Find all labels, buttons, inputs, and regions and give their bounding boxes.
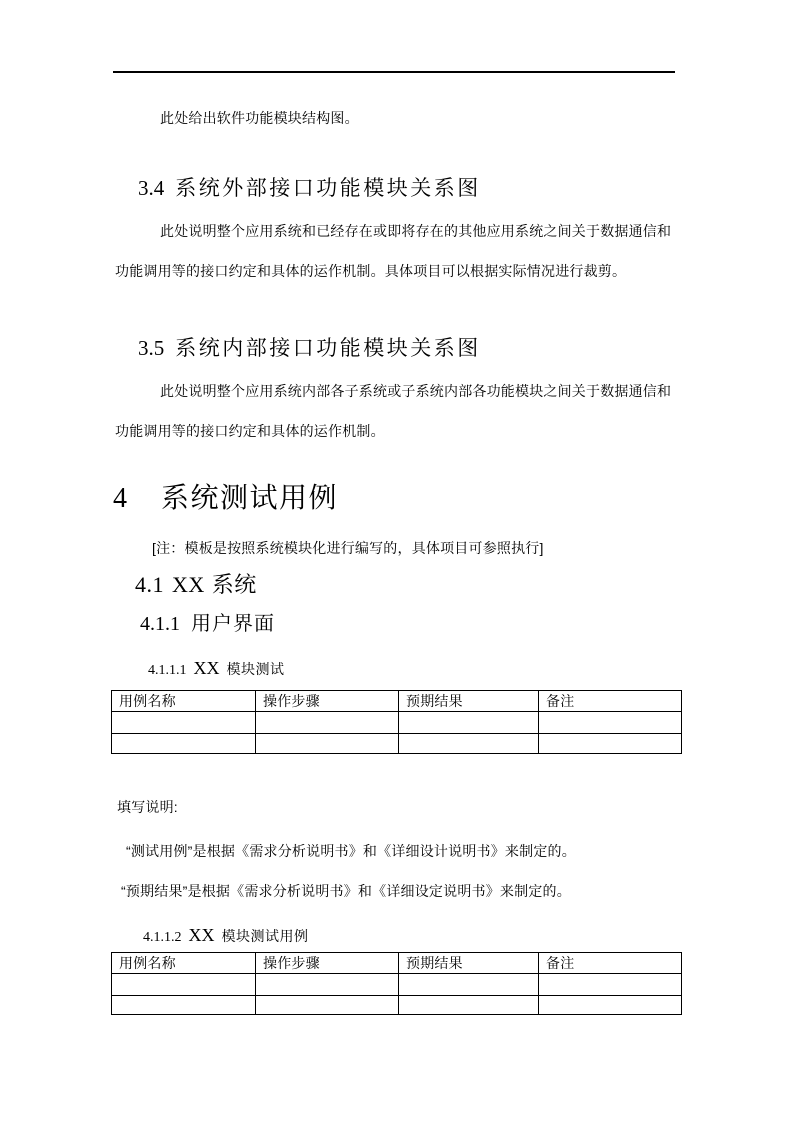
table-header-cell: 预期结果	[399, 953, 539, 974]
heading-4-1-1-1-number: 4.1.1.1	[148, 663, 187, 678]
heading-4-1-1-1-xx: XX	[194, 658, 220, 678]
heading-3-5-number: 3.5	[138, 336, 164, 360]
heading-4-1-1-2-number: 4.1.1.2	[143, 930, 182, 945]
table-cell-empty	[399, 996, 539, 1015]
document-page: 此处给出软件功能模块结构图。 3.4系统外部接口功能模块关系图 此处说明整个应用…	[0, 0, 793, 1122]
table-header-cell: 备注	[539, 953, 682, 974]
table-cell-empty	[399, 712, 539, 734]
fill-instructions-line1: “测试用例”是根据《需求分析说明书》和《详细设计说明书》来制定的。	[126, 843, 576, 859]
heading-4-1-1-1-title: 模块测试	[227, 661, 285, 677]
table-header-cell: 备注	[539, 691, 682, 712]
heading-3-5: 3.5系统内部接口功能模块关系图	[138, 336, 481, 360]
table-cell-empty	[539, 734, 682, 754]
heading-4-1-title: 系统	[212, 572, 257, 597]
table-cell-empty	[112, 996, 256, 1015]
table-cell-empty	[399, 734, 539, 754]
template-note: [注：模板是按照系统模块化进行编写的，具体项目可参照执行]	[152, 540, 544, 556]
table-cell-empty	[256, 974, 399, 996]
paragraph-3-5-line2: 功能调用等的接口约定和具体的运作机制。	[115, 423, 385, 439]
heading-4-1: 4.1XX系统	[135, 572, 257, 597]
paragraph-3-5-line1: 此处说明整个应用系统内部各子系统或子系统内部各功能模块之间关于数据通信和	[160, 383, 671, 399]
heading-4-number: 4	[113, 483, 127, 514]
table-row	[112, 974, 682, 996]
heading-3-5-title: 系统内部接口功能模块关系图	[175, 336, 481, 360]
heading-4: 4系统测试用例	[113, 483, 338, 515]
table-cell-empty	[256, 996, 399, 1015]
table-header-cell: 操作步骤	[256, 953, 399, 974]
table-cell-empty	[112, 974, 256, 996]
heading-3-4: 3.4系统外部接口功能模块关系图	[138, 176, 481, 200]
table-cell-empty	[399, 974, 539, 996]
table-header-cell: 用例名称	[112, 953, 256, 974]
table-header-cell: 用例名称	[112, 691, 256, 712]
fill-instructions-line2: “预期结果”是根据《需求分析说明书》和《详细设定说明书》来制定的。	[121, 883, 571, 899]
heading-4-1-1-title: 用户界面	[191, 613, 275, 635]
fill-instructions-title: 填写说明:	[117, 799, 178, 815]
table-row	[112, 712, 682, 734]
table-cell-empty	[539, 996, 682, 1015]
heading-4-1-number: 4.1	[135, 572, 164, 597]
table-header-row: 用例名称 操作步骤 预期结果 备注	[112, 691, 682, 712]
table-row	[112, 996, 682, 1015]
heading-3-4-title: 系统外部接口功能模块关系图	[175, 176, 481, 200]
paragraph-3-4-line2: 功能调用等的接口约定和具体的运作机制。具体项目可以根据实际情况进行裁剪。	[115, 263, 626, 279]
paragraph-3-4-line1: 此处说明整个应用系统和已经存在或即将存在的其他应用系统之间关于数据通信和	[160, 223, 671, 239]
table-cell-empty	[112, 734, 256, 754]
test-case-table-1: 用例名称 操作步骤 预期结果 备注	[111, 690, 682, 754]
table-header-row: 用例名称 操作步骤 预期结果 备注	[112, 953, 682, 974]
table-header-cell: 预期结果	[399, 691, 539, 712]
table-cell-empty	[539, 974, 682, 996]
heading-4-1-1-2: 4.1.1.2XX模块测试用例	[143, 925, 309, 946]
heading-3-4-number: 3.4	[138, 176, 164, 200]
test-case-table-2: 用例名称 操作步骤 预期结果 备注	[111, 952, 682, 1015]
table-cell-empty	[256, 712, 399, 734]
table-cell-empty	[539, 712, 682, 734]
table-row	[112, 734, 682, 754]
heading-4-1-1: 4.1.1用户界面	[140, 613, 275, 636]
table-cell-empty	[112, 712, 256, 734]
table-cell-empty	[256, 734, 399, 754]
intro-paragraph: 此处给出软件功能模块结构图。	[160, 110, 359, 126]
heading-4-1-1-2-xx: XX	[189, 925, 215, 945]
heading-4-1-xx: XX	[172, 572, 205, 597]
heading-4-1-1-1: 4.1.1.1XX模块测试	[148, 658, 285, 679]
table-header-cell: 操作步骤	[256, 691, 399, 712]
heading-4-1-1-2-title: 模块测试用例	[222, 928, 309, 944]
heading-4-title: 系统测试用例	[161, 483, 338, 514]
header-rule-divider	[113, 71, 675, 73]
heading-4-1-1-number: 4.1.1	[140, 613, 180, 635]
